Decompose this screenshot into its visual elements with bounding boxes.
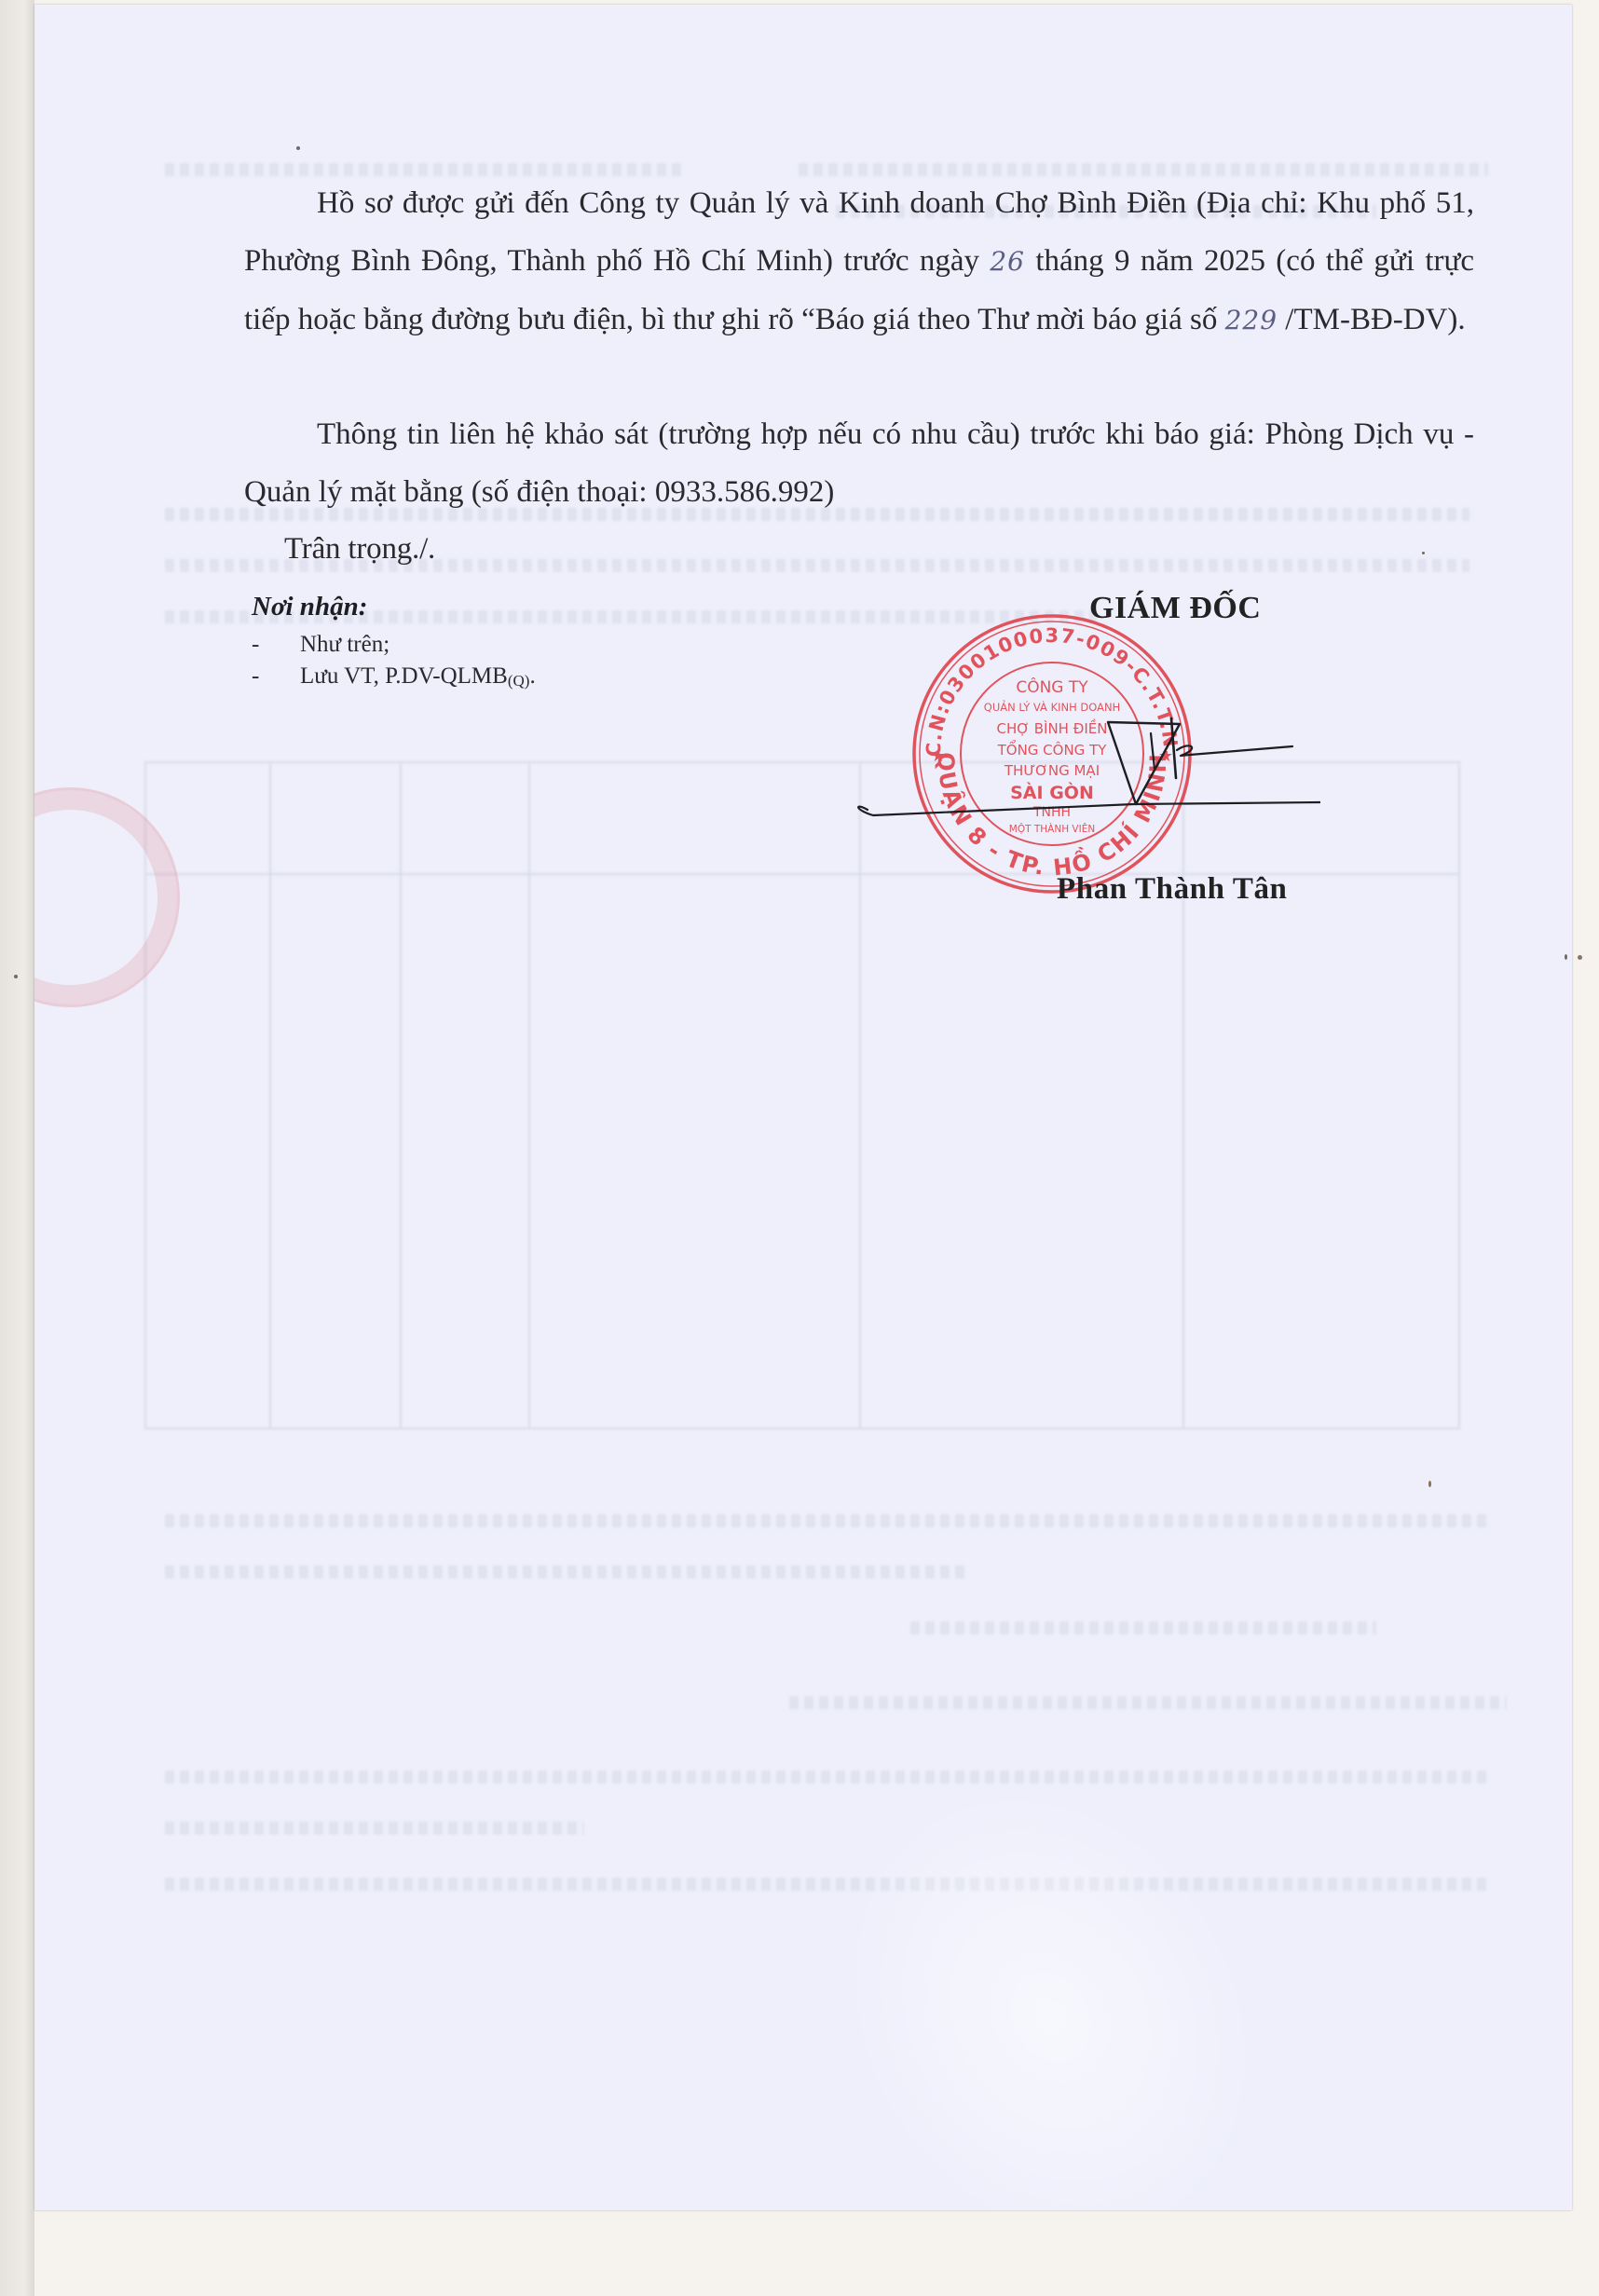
scanner-bed-edge: [0, 0, 34, 2296]
recipient-item: - Như trên;: [252, 629, 536, 661]
letter-number-handwritten: 229: [1225, 305, 1278, 335]
recipient-suffix: .: [529, 663, 535, 689]
contact-text: Thông tin liên hệ khảo sát (trường hợp n…: [244, 417, 1474, 509]
letter-code: /TM-BĐ-DV).: [1285, 303, 1465, 336]
closing-salutation: Trân trọng./.: [284, 534, 435, 565]
recipient-subscript: (Q): [508, 672, 530, 690]
handwritten-signature-icon: [854, 713, 1320, 843]
recipients-title: Nơi nhận:: [252, 592, 367, 622]
recipient-text: Như trên;: [300, 629, 389, 661]
bullet-dash: -: [252, 629, 300, 661]
recipient-text: Lưu VT, P.DV-QLMB: [300, 663, 508, 689]
scanner-bed-speck: [1578, 955, 1582, 960]
scan-speck: [1422, 552, 1425, 554]
scan-speck: [1428, 1481, 1431, 1487]
submission-paragraph: Hồ sơ được gửi đến Công ty Quản lý và Ki…: [244, 174, 1474, 349]
seal-line: QUẢN LÝ VÀ KINH DOANH: [984, 699, 1120, 714]
scan-speck: [296, 146, 300, 150]
bullet-dash: -: [252, 661, 300, 697]
deadline-day-handwritten: 26: [990, 246, 1025, 277]
recipient-item: - Lưu VT, P.DV-QLMB(Q).: [252, 661, 536, 697]
seal-line: CÔNG TY: [1016, 676, 1088, 697]
scan-speck: [1565, 954, 1567, 960]
signer-name: Phan Thành Tân: [1057, 872, 1288, 907]
contact-paragraph: Thông tin liên hệ khảo sát (trường hợp n…: [244, 405, 1474, 521]
scanner-bed-speck: [14, 975, 18, 978]
bleed-through-seal: [34, 787, 180, 1007]
recipients-list: - Như trên; - Lưu VT, P.DV-QLMB(Q).: [252, 629, 536, 697]
document-page: Hồ sơ được gửi đến Công ty Quản lý và Ki…: [34, 5, 1572, 2210]
